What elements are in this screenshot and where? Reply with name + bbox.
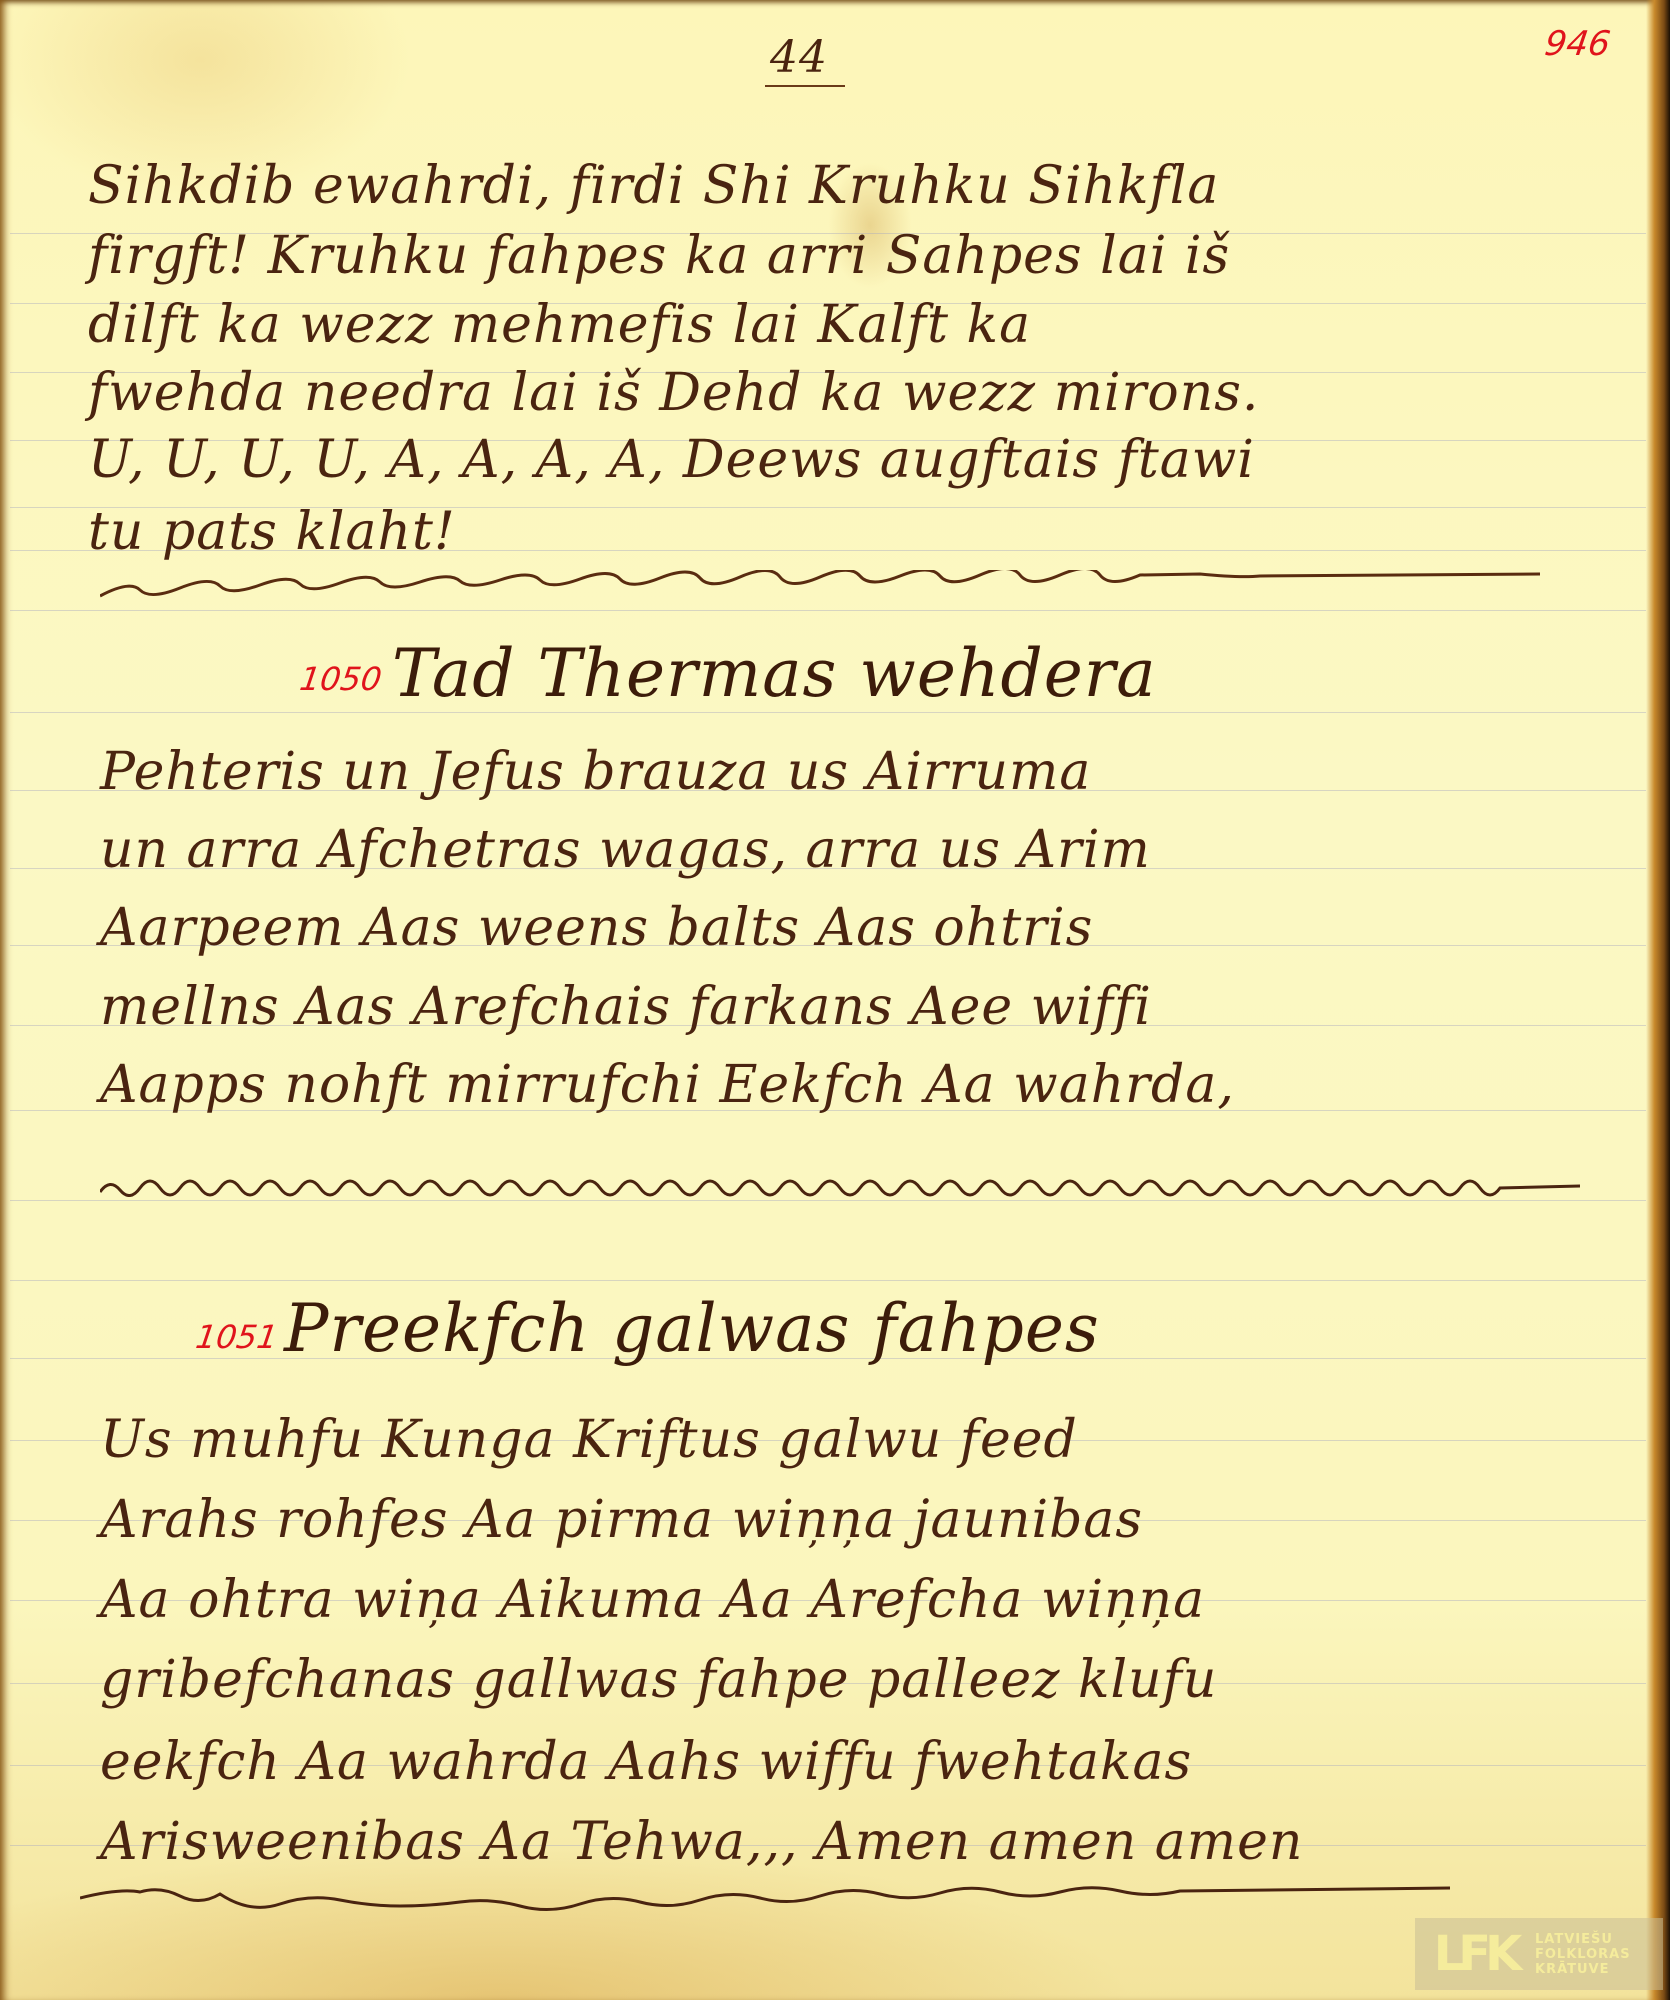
entry-number: 1050 xyxy=(297,660,384,698)
watermark-line: FOLKLORAS xyxy=(1535,1947,1631,1962)
book-spine-edge xyxy=(1646,0,1670,2000)
text-line: gribefchanas gallwas fahpe palleez klufu xyxy=(100,1650,1217,1710)
archive-number: 946 xyxy=(1542,24,1613,64)
watermark-text: LATVIEŠU FOLKLORAS KRĀTUVE xyxy=(1535,1932,1631,1977)
watermark-line: LATVIEŠU xyxy=(1535,1932,1631,1947)
text-line: firgft! Kruhku fahpes ka arri Sahpes lai… xyxy=(88,226,1230,286)
text-line: U, U, U, U, A, A, A, A, Deews augftais f… xyxy=(88,430,1255,490)
text-line: Aarpeem Aas weens balts Aas ohtris xyxy=(100,898,1093,958)
section-divider-squiggle xyxy=(80,1884,1450,1914)
text-line: eekfch Aa wahrda Aahs wiffu fwehtakas xyxy=(100,1732,1192,1792)
text-line: mellns Aas Arefchais farkans Aee wiffi xyxy=(100,977,1152,1037)
text-line: un arra Afchetras wagas, arra us Arim xyxy=(100,820,1151,880)
watermark-line: KRĀTUVE xyxy=(1535,1962,1631,1977)
text-line: Sihkdib ewahrdi, firdi Shi Kruhku Sihkfl… xyxy=(88,156,1219,216)
text-line: Us muhfu Kunga Kriftus galwu feed xyxy=(100,1410,1078,1470)
text-line: tu pats klaht! xyxy=(88,502,456,562)
manuscript-page: 44 946 Sihkdib ewahrdi, firdi Shi Kruhku… xyxy=(0,0,1670,2000)
ruled-line xyxy=(10,712,1646,713)
section-divider-squiggle xyxy=(100,570,1540,600)
ruled-line xyxy=(10,610,1646,611)
text-line: Pehteris un Jefus brauza us Airruma xyxy=(100,742,1091,802)
text-line: Arisweenibas Aa Tehwa,,, Amen amen amen xyxy=(100,1812,1303,1872)
ruled-line xyxy=(10,1200,1646,1201)
text-line: fwehda needra lai iš Dehd ka wezz mirons… xyxy=(88,363,1259,423)
text-line: Aapps nohft mirrufchi Eekfch Aa wahrda, xyxy=(100,1055,1235,1115)
section-divider-squiggle xyxy=(100,1168,1580,1198)
text-line: Arahs rohfes Aa pirma wiņņa jaunibas xyxy=(100,1490,1143,1550)
page-number: 44 xyxy=(770,32,828,83)
entry-number: 1051 xyxy=(193,1318,280,1356)
archive-watermark: LFK LATVIEŠU FOLKLORAS KRĀTUVE xyxy=(1415,1918,1663,1990)
page-number-underline xyxy=(765,85,845,87)
lfk-logo-icon: LFK xyxy=(1415,1918,1535,1990)
entry-title: Preekfch galwas fahpes xyxy=(284,1290,1100,1367)
text-line: dilft ka wezz mehmefis lai Kalft ka xyxy=(88,295,1031,355)
ruled-line xyxy=(10,1280,1646,1281)
text-line: Aa ohtra wiņa Aikuma Aa Arefcha wiņņa xyxy=(100,1570,1205,1630)
entry-title: Tad Thermas wehdera xyxy=(392,635,1157,712)
